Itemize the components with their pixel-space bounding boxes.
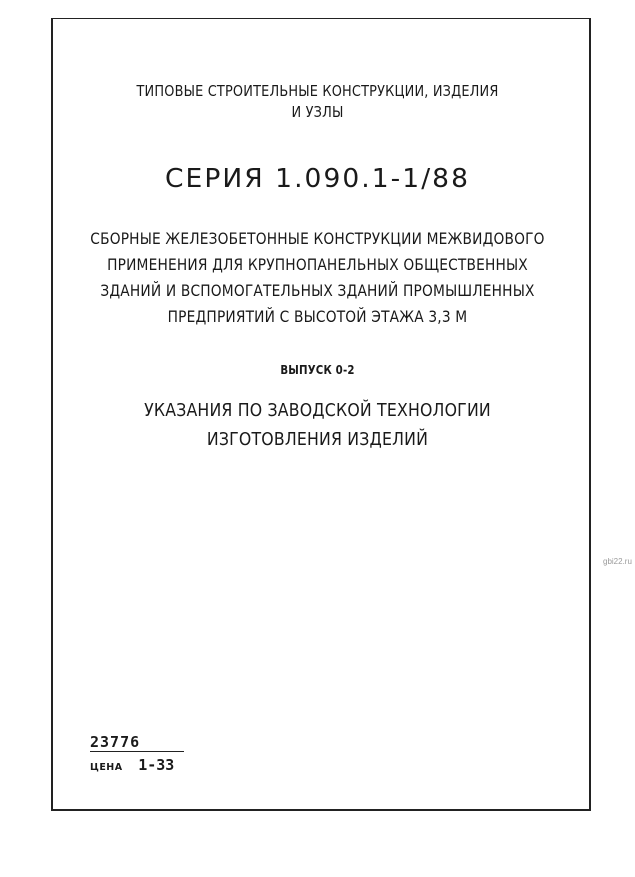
subject-line-1: СБОРНЫЕ ЖЕЛЕЗОБЕТОННЫЕ КОНСТРУКЦИИ МЕЖВИ… (44, 229, 590, 248)
subject-line-3: ЗДАНИЙ И ВСПОМОГАТЕЛЬНЫХ ЗДАНИЙ ПРОМЫШЛЕ… (44, 281, 590, 300)
price-row: ЦЕНА 1-33 (90, 755, 174, 774)
topic-line-2: ИЗГОТОВЛЕНИЯ ИЗДЕЛИЙ (32, 430, 604, 450)
topic-line-1: УКАЗАНИЯ ПО ЗАВОДСКОЙ ТЕХНОЛОГИИ (32, 401, 604, 421)
catalog-number: 23776 (90, 733, 140, 751)
watermark-text: gbi22.ru (603, 557, 632, 566)
header-line-1: ТИПОВЫЕ СТРОИТЕЛЬНЫЕ КОНСТРУКЦИИ, ИЗДЕЛИ… (44, 82, 590, 100)
series-title: СЕРИЯ 1.090.1-1/88 (0, 164, 635, 194)
issue-number: ВЫПУСК 0-2 (48, 363, 588, 377)
price-value: 1-33 (138, 756, 174, 774)
catalog-underline (90, 751, 184, 752)
header-line-2: И УЗЛЫ (44, 103, 590, 121)
subject-line-2: ПРИМЕНЕНИЯ ДЛЯ КРУПНОПАНЕЛЬНЫХ ОБЩЕСТВЕН… (44, 255, 590, 274)
price-label: ЦЕНА (90, 762, 123, 773)
subject-line-4: ПРЕДПРИЯТИЙ С ВЫСОТОЙ ЭТАЖА 3,3 М (44, 307, 590, 326)
